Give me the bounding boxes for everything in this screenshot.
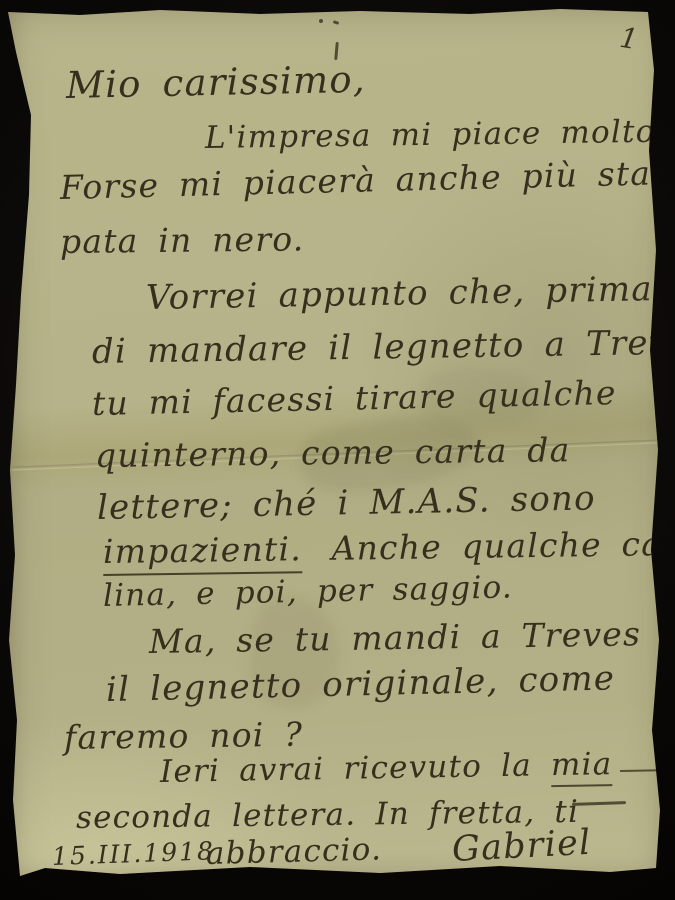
underlined-word: impazienti. bbox=[103, 529, 302, 576]
letter-line-4: pata in nero. bbox=[60, 219, 305, 261]
letter-line-13: il legnetto originale, come bbox=[106, 658, 616, 710]
letter-page: 1 Mio carissimo, L'impresa mi piace molt… bbox=[0, 0, 675, 900]
pen-dash-mark bbox=[333, 20, 340, 25]
line-10-rest: Anche qualche carto bbox=[312, 523, 675, 568]
letter-date: 15.III.1918 bbox=[51, 836, 215, 871]
letter-line-7: tu mi facessi tirare qualche bbox=[92, 373, 617, 423]
letter-line-3: Forse mi piacerà anche più stam bbox=[60, 153, 675, 207]
letter-line-2: L'impresa mi piace molto. bbox=[205, 114, 667, 156]
letter-line-6: di mandare il legnetto a Treves, bbox=[92, 322, 675, 372]
line-15-start: Ieri avrai ricevuto la bbox=[160, 747, 552, 790]
letter-line-8: quinterno, come carta da bbox=[95, 430, 571, 475]
signature: Gabriel bbox=[451, 823, 592, 870]
letter-line-14: faremo noi ? bbox=[64, 715, 304, 757]
letter-closing: abbraccio. bbox=[206, 831, 383, 872]
letter-line-9: lettere; ché i M.A.S. sono bbox=[97, 478, 596, 528]
letter-line-10: impazienti. Anche qualche carto bbox=[103, 523, 675, 571]
pen-trail-stroke bbox=[620, 769, 675, 772]
letter-line-12: Ma, se tu mandi a Treves bbox=[149, 614, 642, 661]
underlined-word: mia bbox=[551, 746, 613, 787]
pen-dot-mark bbox=[319, 19, 323, 23]
letter-line-5: Vorrei appunto che, prima bbox=[146, 269, 653, 318]
page-number: 1 bbox=[618, 21, 641, 56]
letter-line-11: lina, e poi, per saggio. bbox=[103, 569, 514, 614]
t-crossbar-stroke bbox=[572, 801, 626, 805]
letter-line-salutation: Mio carissimo, bbox=[66, 58, 367, 107]
photo-background: 1 Mio carissimo, L'impresa mi piace molt… bbox=[0, 0, 675, 900]
